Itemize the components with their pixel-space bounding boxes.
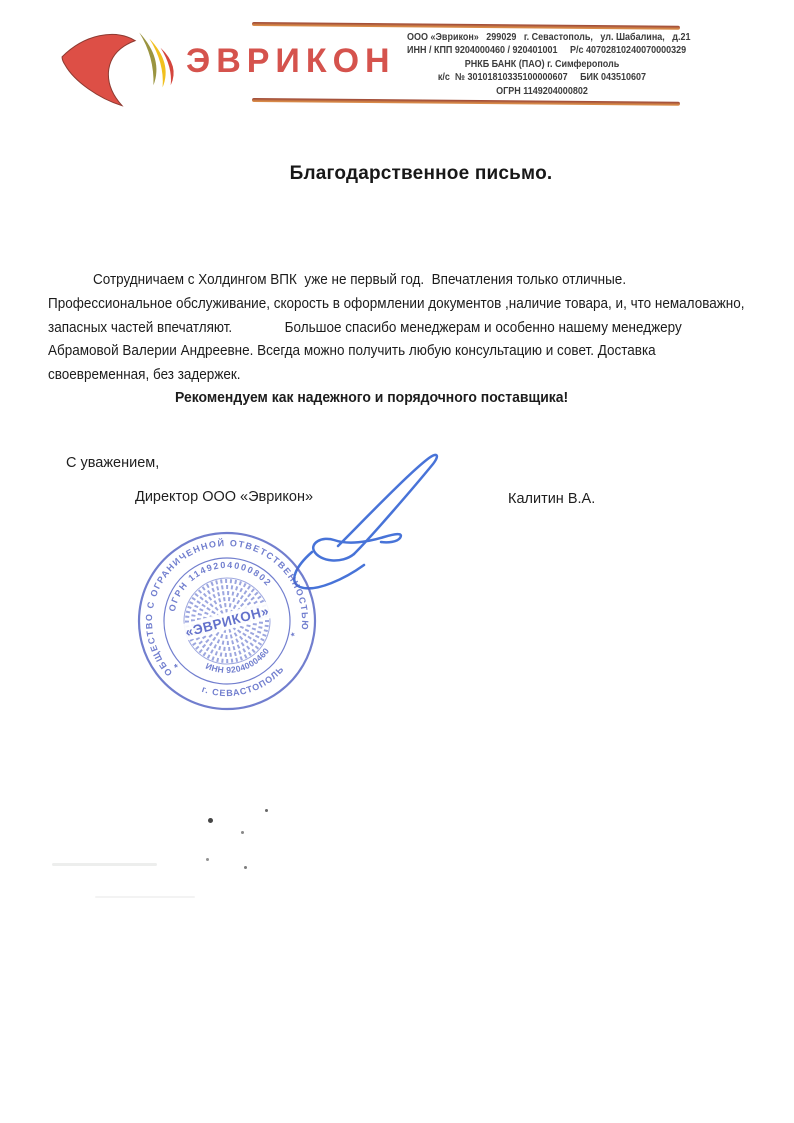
scan-artifact	[208, 818, 213, 823]
letter-title: Благодарственное письмо.	[0, 163, 794, 185]
scan-smudge	[52, 863, 157, 866]
company-corr-bik-line: к/с № 30101810335100000607 БИК 043510607	[407, 71, 677, 84]
signer-name: Калитин В.А.	[508, 491, 595, 507]
body-line: Профессиональное обслуживание, скорость …	[48, 292, 763, 316]
company-ogrn-line: ОГРН 1149204000802	[407, 85, 677, 98]
body-line: Абрамовой Валерии Андреевне. Всегда можн…	[48, 339, 763, 363]
header-rule-bottom	[252, 98, 680, 105]
company-address-line: ООО «Эврикон» 299029 г. Севастополь, ул.…	[407, 31, 677, 44]
scan-artifact	[241, 831, 244, 834]
recommendation-line: Рекомендуем как надежного и порядочного …	[175, 389, 568, 406]
company-details-block: ООО «Эврикон» 299029 г. Севастополь, ул.…	[407, 31, 677, 98]
scan-artifact	[265, 809, 268, 812]
body-line: Сотрудничаем с Холдингом ВПК уже не перв…	[48, 268, 763, 292]
stamp-star-left: *	[173, 662, 180, 674]
scan-artifact	[206, 858, 209, 861]
letter-body: Сотрудничаем с Холдингом ВПК уже не перв…	[48, 268, 763, 387]
logo-swoosh-icon	[58, 20, 190, 110]
letter-page: ЭВРИКОН ООО «Эврикон» 299029 г. Севастоп…	[0, 0, 794, 1123]
company-bank-line: РНКБ БАНК (ПАО) г. Симферополь	[407, 58, 677, 71]
body-line: запасных частей впечатляют. Большое спас…	[48, 316, 763, 340]
company-stamp: «ЭВРИКОН» ОБЩЕСТВО С ОГРАНИЧЕННОЙ ОТВЕТС…	[134, 528, 320, 714]
company-inn-kpp-line: ИНН / КПП 9204000460 / 920401001 Р/с 407…	[407, 44, 677, 57]
scan-artifact	[244, 866, 247, 869]
scan-smudge	[95, 896, 195, 898]
salutation-text: С уважением,	[66, 455, 159, 471]
header-rule-top	[252, 22, 680, 29]
stamp-star-right: *	[290, 631, 297, 643]
company-logo-text: ЭВРИКОН	[186, 42, 396, 81]
body-line: своевременная, без задержек.	[48, 363, 763, 387]
